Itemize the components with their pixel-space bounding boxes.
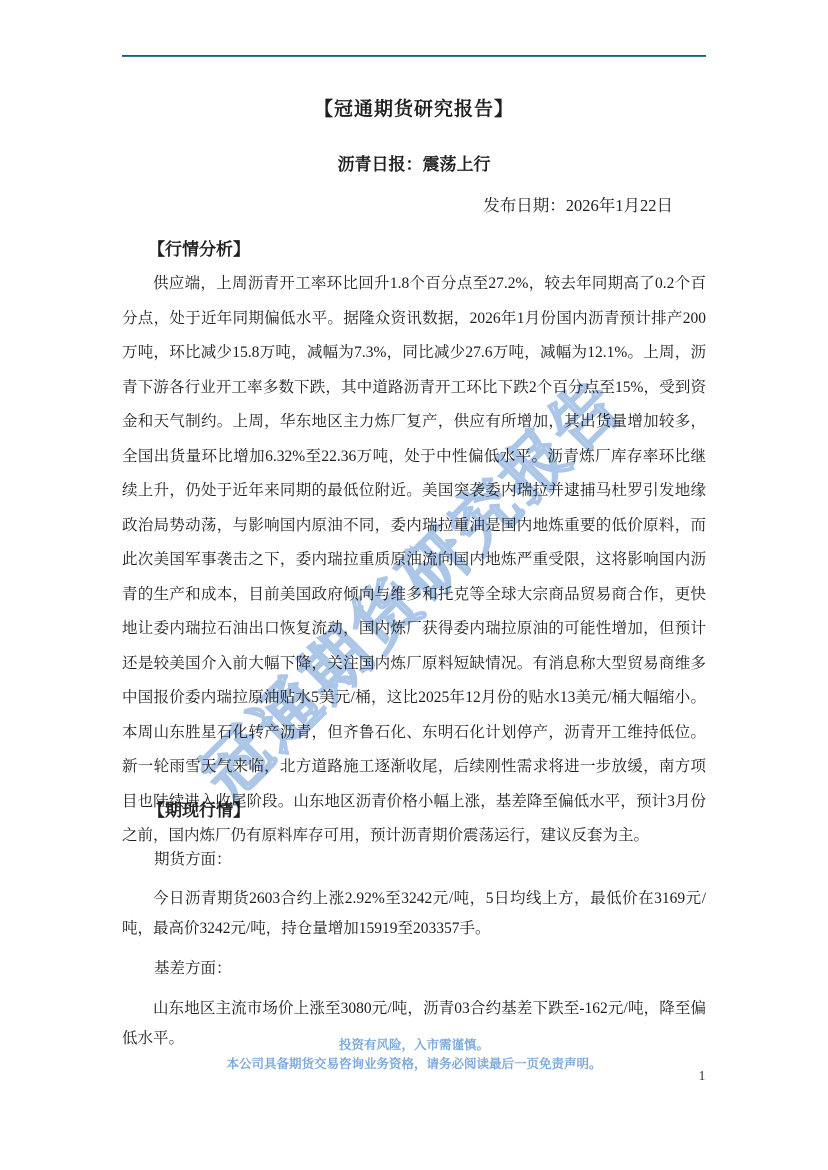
page-number: 1	[692, 1068, 712, 1084]
report-page: 冠通期货研究报告 【冠通期货研究报告】 沥青日报：震荡上行 发布日期：2026年…	[0, 0, 828, 1170]
basis-label: 基差方面：	[154, 956, 232, 978]
section-heading-market: 【期现行情】	[148, 796, 250, 821]
futures-paragraph: 今日沥青期货2603合约上涨2.92%至3242元/吨，5日均线上方，最低价在3…	[122, 884, 706, 944]
publish-date: 发布日期：2026年1月22日	[122, 192, 706, 216]
analysis-paragraph: 供应端，上周沥青开工率环比回升1.8个百分点至27.2%，较去年同期高了0.2个…	[122, 267, 706, 854]
report-title: 沥青日报：震荡上行	[122, 150, 706, 175]
risk-warning-line: 投资有风险，入市需谨慎。	[0, 1036, 828, 1055]
header-divider	[122, 55, 706, 57]
report-banner: 【冠通期货研究报告】	[122, 94, 706, 121]
section-heading-analysis: 【行情分析】	[148, 235, 250, 260]
futures-label: 期货方面：	[154, 847, 232, 869]
